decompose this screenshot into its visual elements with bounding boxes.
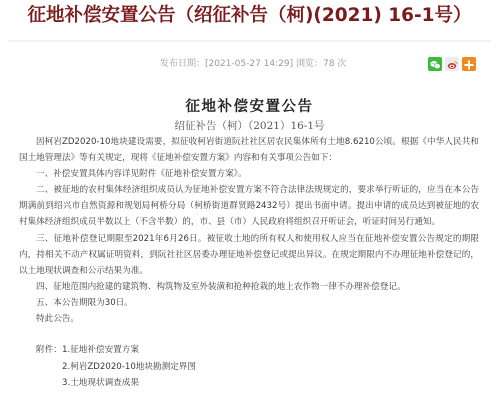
title-divider [7, 40, 491, 41]
document-number: 绍征补告（柯）（2021）16-1号 [0, 118, 499, 134]
page-title: 征地补偿安置公告（绍征补告（柯)(2021) 16-1号） [0, 3, 499, 29]
attachment-row: 2.柯岩ZD2020-10地块勘测定界图 [36, 359, 196, 376]
item-5-paragraph: 五、本公告期限为30日。 [19, 295, 479, 311]
attachment-row: 3.土地现状调查成果 [36, 375, 196, 392]
closing-paragraph: 特此公告。 [19, 311, 479, 327]
weibo-icon [447, 55, 458, 74]
document-title: 征地补偿安置公告 [0, 98, 499, 116]
attachment-link[interactable]: 2.柯岩ZD2020-10地块勘测定界图 [62, 359, 196, 376]
document-body: 因柯岩ZD2020-10地块建设需要，拟征收柯岩街道阮社社区居农民集体所有土地8… [19, 134, 479, 327]
weibo-share-button[interactable] [445, 57, 459, 71]
views-unit: 次 [337, 57, 346, 71]
more-share-icon [464, 55, 474, 74]
item-1-paragraph: 一、补偿安置具体内容详见附件《征地补偿安置方案》。 [19, 166, 479, 182]
views-count: 78 [323, 57, 334, 71]
attachments-label: 附件： [36, 342, 62, 359]
wechat-icon [430, 55, 441, 74]
item-2-paragraph: 二、被征地的农村集体经济组织成员认为征地补偿安置方案不符合法律法规规定的，要求举… [19, 182, 479, 230]
attachment-row: 附件： 1.征地补偿安置方案 [36, 342, 196, 359]
more-share-button[interactable] [462, 57, 476, 71]
wechat-share-button[interactable] [428, 57, 442, 71]
publish-label: 发布日期： [160, 57, 205, 71]
item-3-paragraph: 三、征地补偿登记期限至2021年6月26日。被征收土地的所有权人和使用权人应当在… [19, 231, 479, 279]
views-label: 浏览： [296, 57, 323, 71]
item-4-paragraph: 四、征地范围内抢建的建筑物、构筑物及室外装潢和抢种抢栽的地上农作物一律不办理补偿… [19, 279, 479, 295]
publish-date: [2021-05-27 14:29] [205, 57, 293, 71]
attachment-link[interactable]: 3.土地现状调查成果 [62, 375, 139, 392]
article-meta: 发布日期：[2021-05-27 14:29] 浏览：78 次 [160, 57, 346, 71]
attachment-link[interactable]: 1.征地补偿安置方案 [62, 342, 139, 359]
share-bar [428, 57, 476, 71]
attachments-list: 附件： 1.征地补偿安置方案 2.柯岩ZD2020-10地块勘测定界图 3.土地… [36, 342, 196, 392]
intro-paragraph: 因柯岩ZD2020-10地块建设需要，拟征收柯岩街道阮社社区居农民集体所有土地8… [19, 134, 479, 166]
